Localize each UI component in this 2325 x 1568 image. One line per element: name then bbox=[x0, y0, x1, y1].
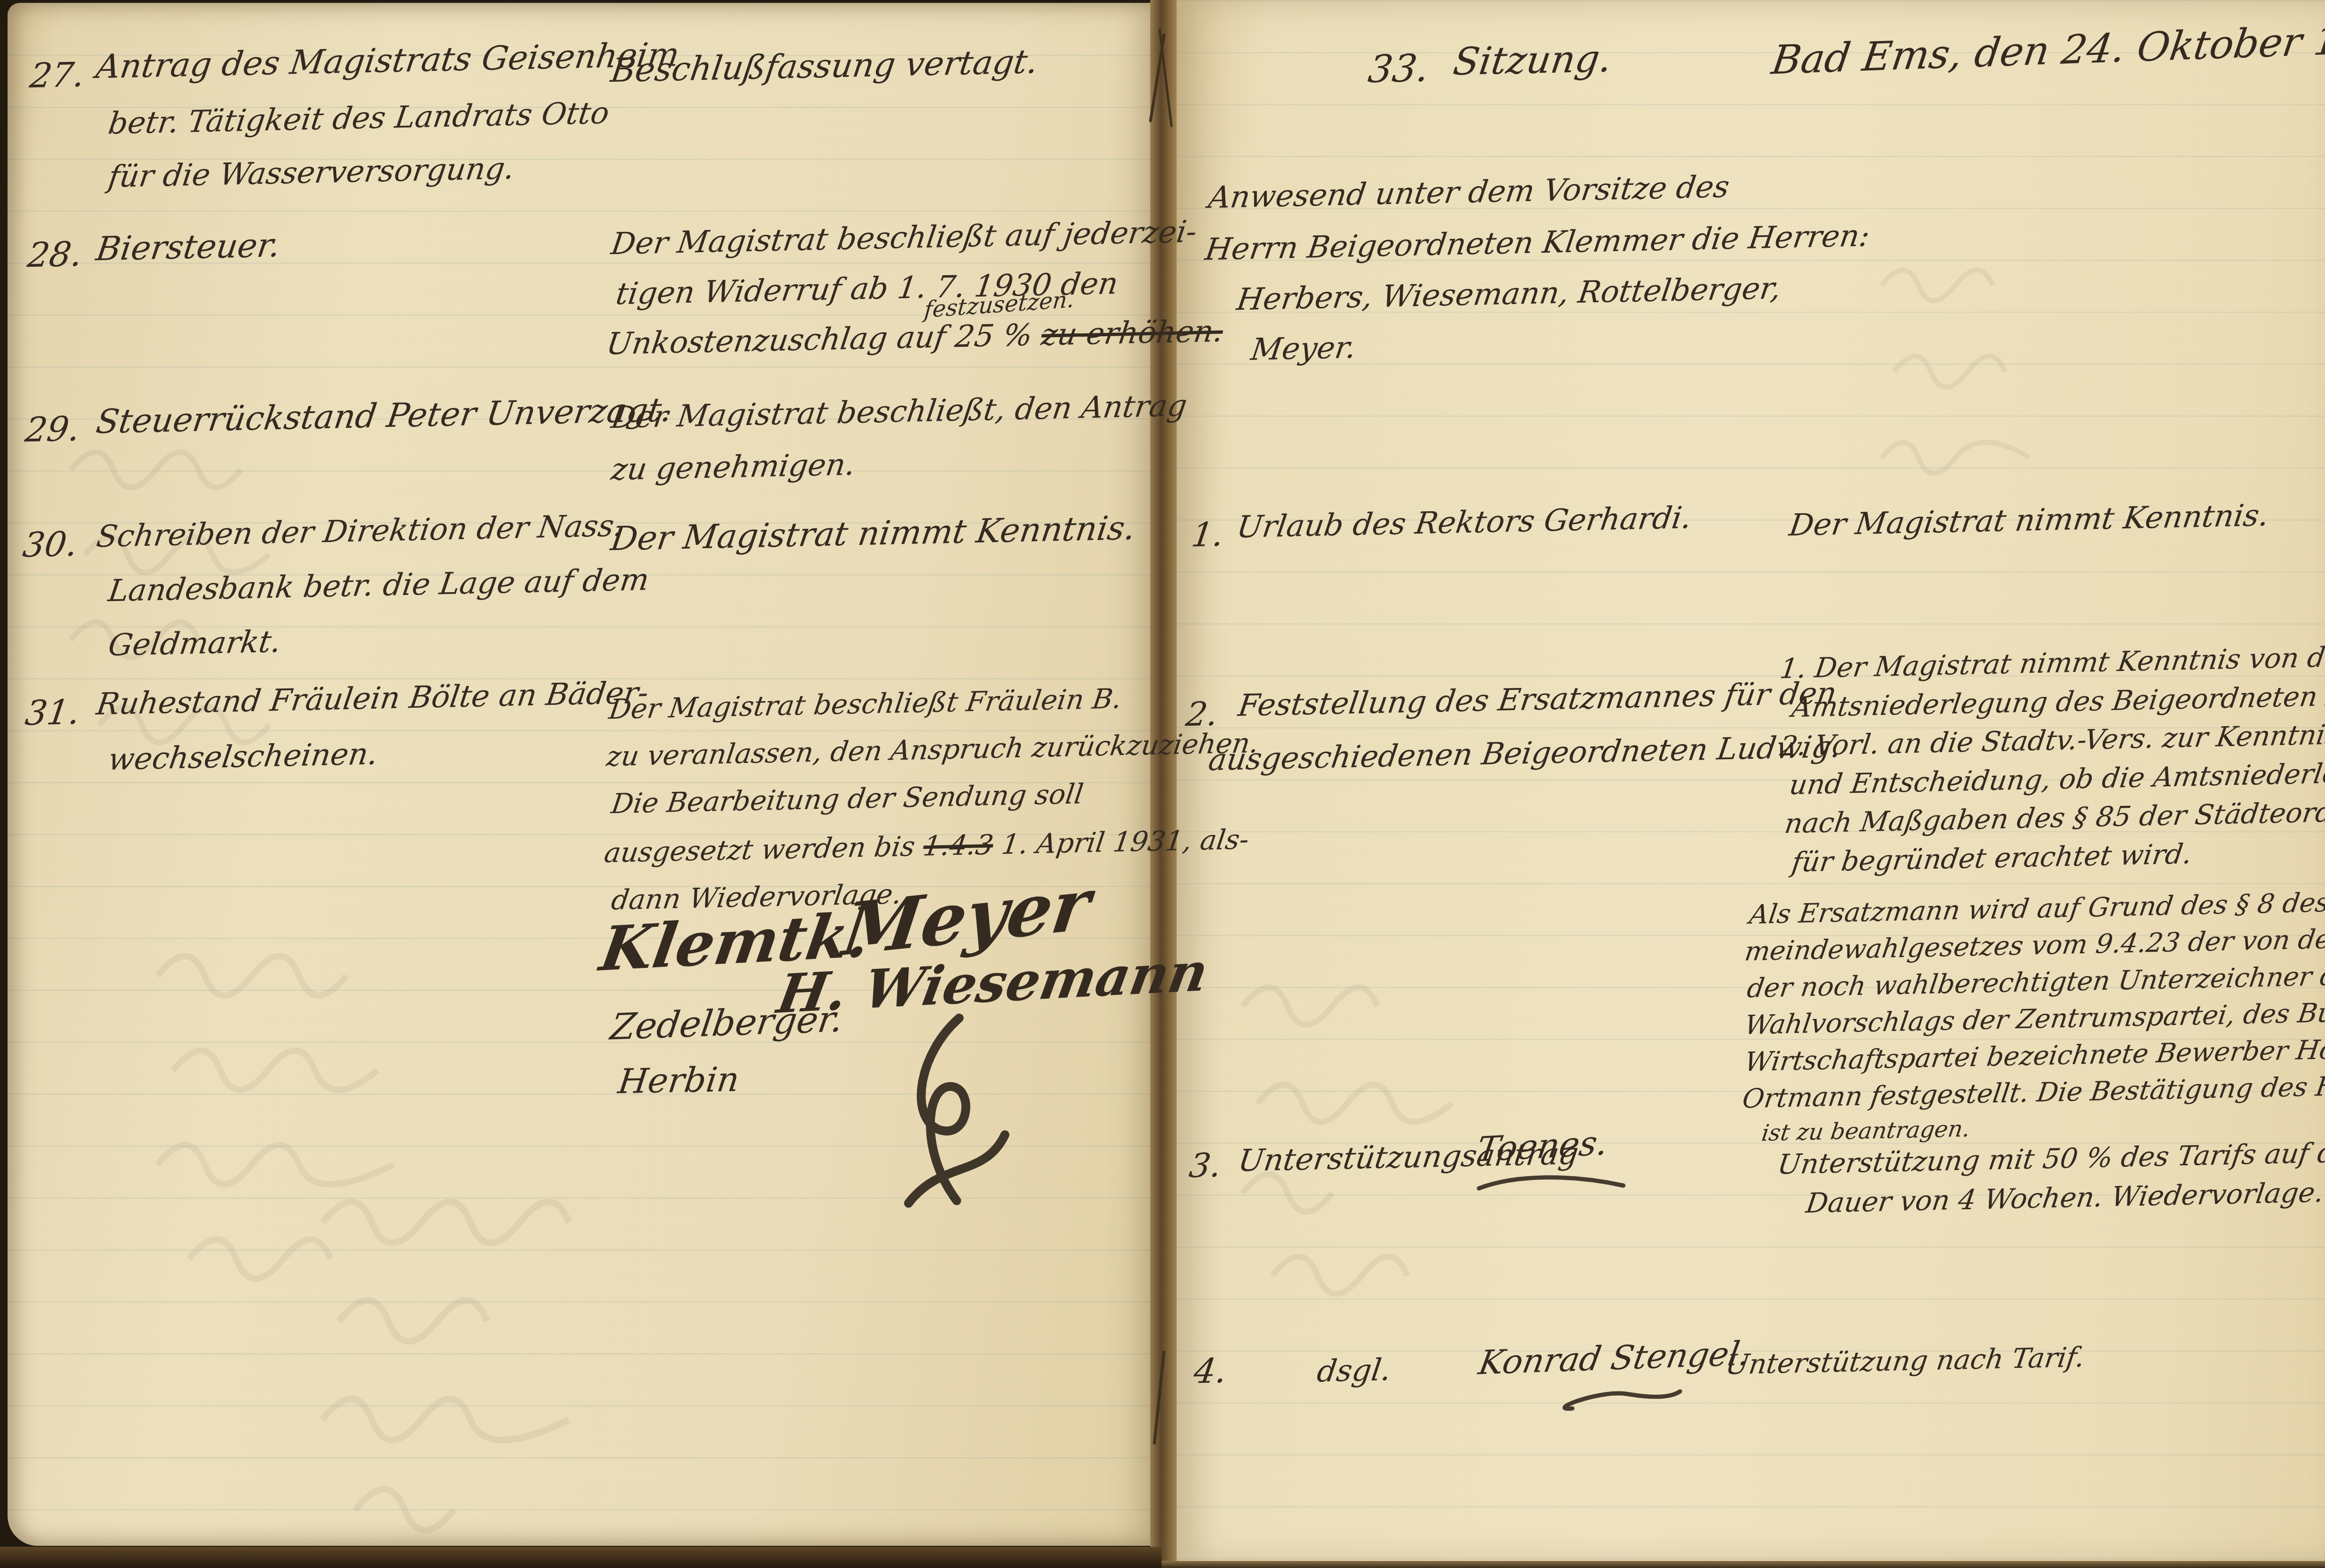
item-2-number: 2. bbox=[1184, 695, 1221, 734]
item-29-number: 29. bbox=[23, 409, 82, 450]
struck-text: zu erhöhen. bbox=[1039, 314, 1225, 353]
book-cover-edge bbox=[0, 1547, 1162, 1568]
session-word: Sitzung. bbox=[1451, 36, 1614, 84]
resolution-text: 1. April 1931, als- bbox=[1000, 823, 1251, 860]
item-3-number: 3. bbox=[1187, 1146, 1224, 1186]
item-4-subject-line: dsgl. bbox=[1315, 1353, 1393, 1389]
ink-bleed-ghost bbox=[293, 1157, 812, 1534]
signature-herbin: Herbin bbox=[616, 1059, 742, 1102]
item-31-subject-line: wechselscheinen. bbox=[106, 737, 380, 777]
struck-text: 1.4.3 bbox=[921, 829, 995, 862]
item-4-number: 4. bbox=[1191, 1351, 1229, 1391]
resolution-text: ausgesetzt werden bis bbox=[602, 830, 926, 869]
item-2-resolution-line: ist zu beantragen. bbox=[1760, 1116, 1971, 1146]
item-31-number: 31. bbox=[23, 692, 82, 733]
ink-bleed-ghost bbox=[1841, 236, 2266, 519]
item-30-subject-line: Geldmarkt. bbox=[106, 624, 283, 663]
item-30-number: 30. bbox=[20, 524, 80, 565]
item-28-number: 28. bbox=[25, 234, 85, 275]
item-1-number: 1. bbox=[1189, 515, 1226, 555]
signature-paraph bbox=[883, 1010, 1015, 1213]
item-27-number: 27. bbox=[27, 55, 87, 96]
protocol-book-spread: 27. Antrag des Magistrats Geisenheim bet… bbox=[0, 0, 2325, 1568]
name-flourish bbox=[1473, 1171, 1629, 1195]
session-number: 33. bbox=[1366, 46, 1432, 91]
item-3-subject-name: Toenes. bbox=[1474, 1122, 1611, 1169]
name-flourish bbox=[1530, 1386, 1686, 1414]
attendance-line: Meyer. bbox=[1249, 330, 1358, 367]
item-28-subject-line: Biersteuer. bbox=[94, 226, 283, 268]
item-29-resolution-line: zu genehmigen. bbox=[609, 447, 857, 487]
book-cover-edge bbox=[1162, 1561, 2325, 1568]
